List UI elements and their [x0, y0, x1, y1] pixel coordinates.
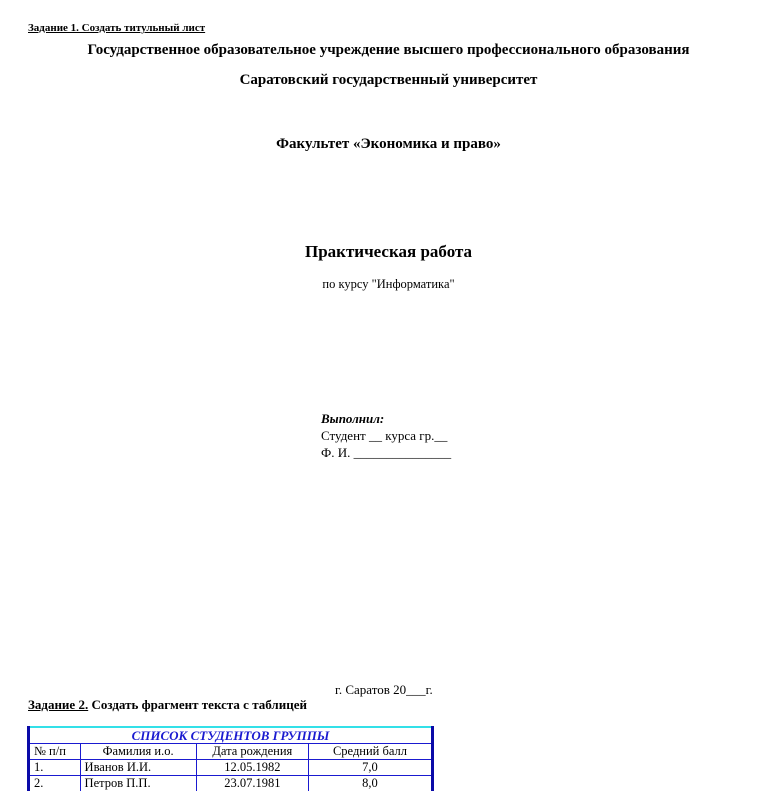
students-table: СПИСОК СТУДЕНТОВ ГРУППЫ № п/п Фамилия и.… [27, 726, 434, 791]
table-row: 1. Иванов И.И. 12.05.1982 7,0 [29, 760, 433, 776]
cell-name: Иванов И.И. [80, 760, 196, 776]
cell-number: 1. [29, 760, 81, 776]
work-title: Практическая работа [0, 242, 777, 262]
faculty-name: Факультет «Экономика и право» [0, 136, 777, 153]
cell-average: 8,0 [308, 776, 432, 791]
cell-birthdate: 23.07.1981 [196, 776, 308, 791]
performed-by-block: Выполнил: Студент __ курса гр.__ Ф. И. _… [321, 410, 451, 461]
task2-heading: Задание 2. Создать фрагмент текста с таб… [28, 697, 307, 713]
table-caption: СПИСОК СТУДЕНТОВ ГРУППЫ [29, 727, 433, 744]
cell-name: Петров П.П. [80, 776, 196, 791]
table-caption-row: СПИСОК СТУДЕНТОВ ГРУППЫ [29, 727, 433, 744]
cell-number: 2. [29, 776, 81, 791]
cell-birthdate: 12.05.1982 [196, 760, 308, 776]
cell-average: 7,0 [308, 760, 432, 776]
organization-name: Государственное образовательное учрежден… [0, 42, 777, 59]
city-year: г. Саратов 20___г. [335, 682, 433, 698]
header-average: Средний балл [308, 744, 432, 760]
header-number: № п/п [29, 744, 81, 760]
university-name: Саратовский государственный университет [0, 72, 777, 89]
performed-label: Выполнил: [321, 410, 451, 427]
task2-number: Задание 2. [28, 697, 88, 712]
task1-heading: Задание 1. Создать титульный лист [28, 22, 205, 34]
table-row: 2. Петров П.П. 23.07.1981 8,0 [29, 776, 433, 791]
course-subtitle: по курсу "Информатика" [0, 277, 777, 292]
task2-text: Создать фрагмент текста с таблицей [88, 697, 307, 712]
table-header-row: № п/п Фамилия и.о. Дата рождения Средний… [29, 744, 433, 760]
header-name: Фамилия и.о. [80, 744, 196, 760]
student-line: Студент __ курса гр.__ [321, 427, 451, 444]
header-birthdate: Дата рождения [196, 744, 308, 760]
name-line: Ф. И. _______________ [321, 444, 451, 461]
